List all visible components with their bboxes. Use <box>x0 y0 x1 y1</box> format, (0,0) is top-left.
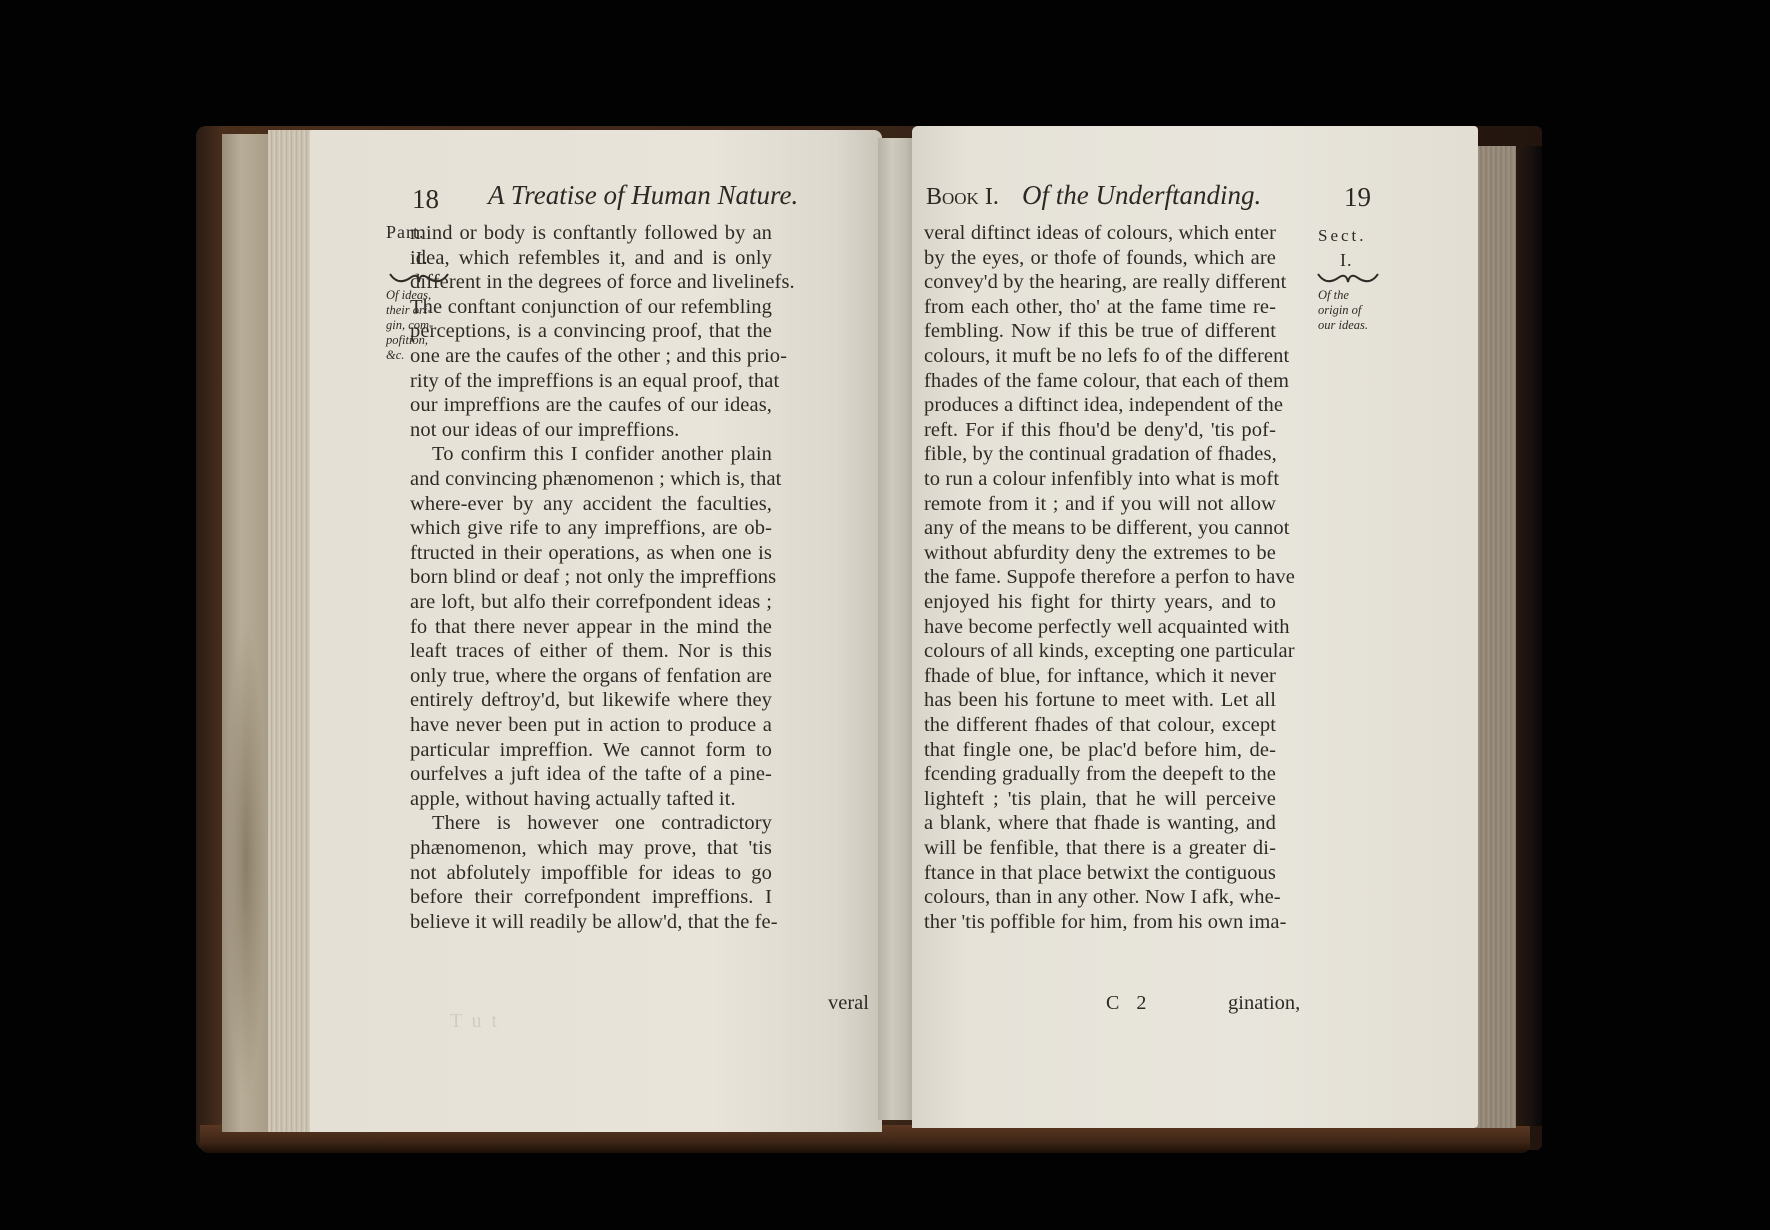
page-number: 19 <box>1344 182 1371 213</box>
text-line: The conftant conjunction of our refembli… <box>410 294 772 320</box>
text-line: To confirm this I confider another plain <box>432 441 772 467</box>
text-line: fo that there never appear in the mind t… <box>410 614 772 640</box>
text-line: not our ideas of our impreffions. <box>410 417 772 443</box>
margin-sect-label: Sect. <box>1318 226 1367 246</box>
text-line: our impreffions are the caufes of our id… <box>410 392 772 418</box>
show-through-text: Tut <box>450 1010 507 1033</box>
text-line: has been his fortune to meet with. Let a… <box>924 687 1276 713</box>
text-line: colours of all kinds, excepting one part… <box>924 638 1276 664</box>
text-line: the different fhades of that colour, exc… <box>924 712 1276 738</box>
text-line: mind or body is conftantly followed by a… <box>410 220 772 246</box>
left-page: 18 A Treatise of Human Nature. Part. I. … <box>310 130 882 1132</box>
text-line: ftance in that place betwixt the contigu… <box>924 860 1276 886</box>
text-line: convey'd by the hearing, are really diff… <box>924 269 1276 295</box>
text-line: colours, than in any other. Now I afk, w… <box>924 884 1276 910</box>
text-line: fhades of the fame colour, that each of … <box>924 368 1276 394</box>
text-line: fible, by the continual gradation of fha… <box>924 441 1276 467</box>
running-head-book: Book I. <box>926 184 999 211</box>
text-line: reft. For if this fhou'd be deny'd, 'tis… <box>924 417 1276 443</box>
page-block-left <box>268 130 312 1132</box>
text-line: without abfurdity deny the extremes to b… <box>924 540 1276 566</box>
text-line: only true, where the organs of fenfation… <box>410 663 772 689</box>
text-line: colours, it muft be no lefs fo of the di… <box>924 343 1276 369</box>
page-block-right <box>1476 146 1516 1128</box>
text-line: where-ever by any accident the faculties… <box>410 491 772 517</box>
text-line: have become perfectly well acquainted wi… <box>924 614 1276 640</box>
catchword: veral <box>828 992 869 1015</box>
text-line: will be fenfible, that there is a greate… <box>924 835 1276 861</box>
text-line: entirely deftroy'd, but likewife where t… <box>410 687 772 713</box>
text-line: which give rife to any impreffions, are … <box>410 515 772 541</box>
foxing-stain <box>226 620 266 1100</box>
text-line: rity of the impreffions is an equal proo… <box>410 368 772 394</box>
text-line: ther 'tis poffible for him, from his own… <box>924 909 1276 935</box>
text-line: ftructed in their operations, as when on… <box>410 540 772 566</box>
margin-sect-number: I. <box>1340 250 1353 271</box>
text-line: fcending gradually from the deepeft to t… <box>924 761 1276 787</box>
text-line: before their correfpondent impreffions. … <box>410 884 772 910</box>
text-line: perceptions, is a convincing proof, that… <box>410 318 772 344</box>
text-line: believe it will readily be allow'd, that… <box>410 909 772 935</box>
text-line: fembling. Now if this be true of differe… <box>924 318 1276 344</box>
text-line: veral diftinct ideas of colours, which e… <box>924 220 1276 246</box>
text-line: fhade of blue, for inftance, which it ne… <box>924 663 1276 689</box>
text-line: the fame. Suppofe therefore a perfon to … <box>924 564 1276 590</box>
text-line: one are the caufes of the other ; and th… <box>410 343 772 369</box>
text-line: phænomenon, which may prove, that 'tis <box>410 835 772 861</box>
text-line: a blank, where that fhade is wanting, an… <box>924 810 1276 836</box>
text-line: are loft, but alfo their correfpondent i… <box>410 589 772 615</box>
running-head-title: Of the Underftanding. <box>1022 180 1261 211</box>
page-number: 18 <box>412 184 439 215</box>
text-line: enjoyed his fight for thirty years, and … <box>924 589 1276 615</box>
text-line: idea, which refembles it, and and is onl… <box>410 245 772 271</box>
text-line: There is however one contradictory <box>432 810 772 836</box>
book-cover-right-edge <box>1512 146 1542 1126</box>
text-line: and convincing phænomenon ; which is, th… <box>410 466 772 492</box>
text-line: apple, without having actually tafted it… <box>410 786 772 812</box>
text-line: lighteft ; 'tis plain, that he will perc… <box>924 786 1276 812</box>
text-line: from each other, tho' at the fame time r… <box>924 294 1276 320</box>
text-line: leaft traces of either of them. Nor is t… <box>410 638 772 664</box>
text-line: not abfolutely impoffible for ideas to g… <box>410 860 772 886</box>
text-line: ourfelves a juft idea of the tafte of a … <box>410 761 772 787</box>
text-line: remote from it ; and if you will not all… <box>924 491 1276 517</box>
text-line: to run a colour infenfibly into what is … <box>924 466 1276 492</box>
text-line: have never been put in action to produce… <box>410 712 772 738</box>
text-line: any of the means to be different, you ca… <box>924 515 1276 541</box>
text-line: by the eyes, or thofe of founds, which a… <box>924 245 1276 271</box>
running-title: A Treatise of Human Nature. <box>488 180 798 210</box>
right-page: Book I. Of the Underftanding. 19 Sect. I… <box>912 126 1478 1128</box>
running-head-title: A Treatise of Human Nature. <box>488 180 798 211</box>
running-title: Of the Underftanding. <box>1022 180 1261 210</box>
text-line: particular impreffion. We cannot form to <box>410 737 772 763</box>
text-line: different in the degrees of force and li… <box>410 269 772 295</box>
curly-brace-icon <box>1316 270 1380 288</box>
text-line: produces a diftinct idea, independent of… <box>924 392 1276 418</box>
text-line: that fingle one, be plac'd before him, d… <box>924 737 1276 763</box>
catchword: gination, <box>1228 992 1300 1015</box>
text-line: born blind or deaf ; not only the impref… <box>410 564 772 590</box>
margin-gloss: Of the origin of our ideas. <box>1318 288 1368 333</box>
signature-mark: C 2 <box>1106 992 1152 1015</box>
